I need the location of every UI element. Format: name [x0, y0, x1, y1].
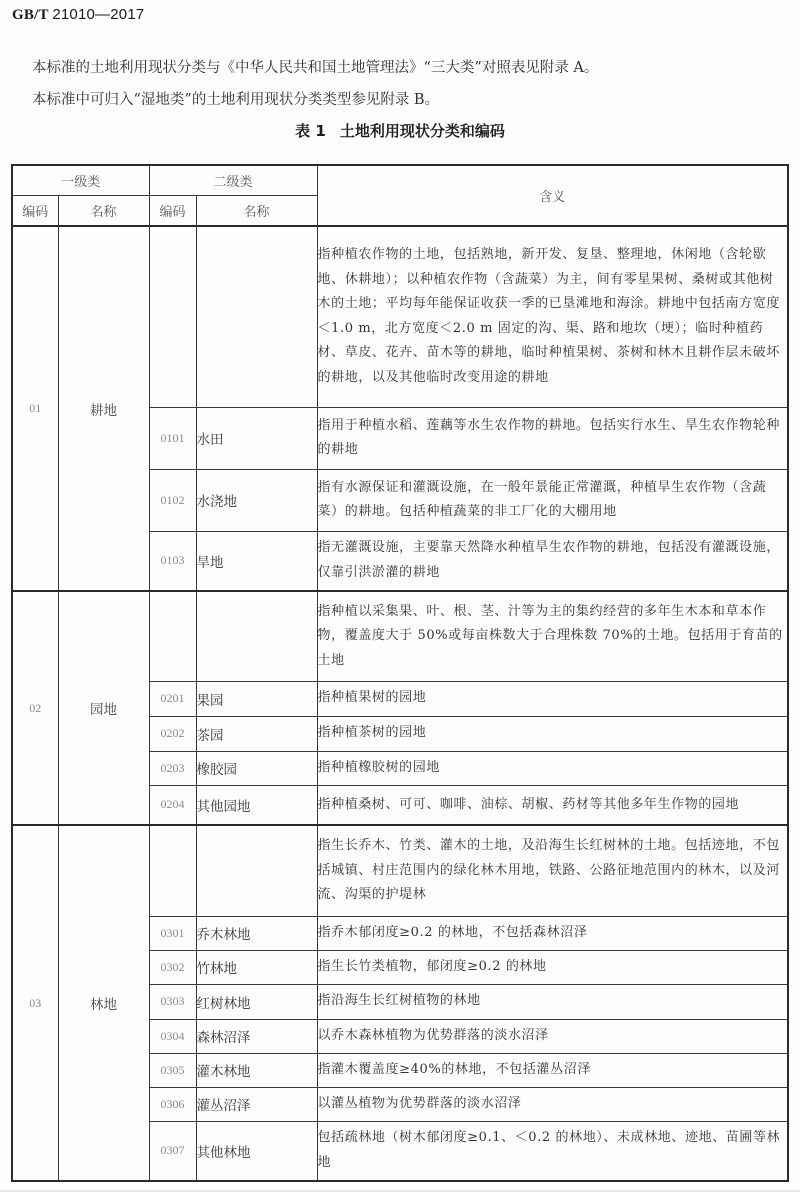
- l1-code: 02: [12, 591, 58, 825]
- l2-code-empty: [149, 591, 196, 681]
- l1-name: 园地: [58, 591, 149, 825]
- l2-name: 水田: [196, 407, 317, 469]
- l1-name: 林地: [58, 825, 149, 1181]
- table-row: 03 林地 指生长乔木、竹类、灌木的土地，及沿海生长红树林的土地。包括迹地，不包…: [12, 825, 788, 916]
- table-row: 01 耕地 指种植农作物的土地，包括熟地，新开发、复垦、整理地，休闲地（含轮歇地…: [12, 226, 788, 407]
- l2-code: 0302: [149, 950, 196, 984]
- l2-name: 乔木林地: [196, 916, 317, 950]
- header-level1-code: 编码: [12, 196, 58, 227]
- l2-description: 指种植茶树的园地: [317, 716, 788, 751]
- l2-description: 指种植果树的园地: [317, 681, 788, 716]
- table-caption: 表 1土地利用现状分类和编码: [0, 120, 800, 141]
- l2-code: 0304: [149, 1019, 196, 1053]
- l2-code: 0307: [149, 1121, 196, 1181]
- l2-code: 0301: [149, 916, 196, 950]
- l2-code: 0303: [149, 984, 196, 1019]
- l2-code: 0204: [149, 785, 196, 825]
- table-row: 02 园地 指种植以采集果、叶、根、茎、汁等为主的集约经营的多年生木本和草本作物…: [12, 591, 788, 681]
- l2-name: 橡胶园: [196, 751, 317, 785]
- paragraph-appendix-a: 本标准的土地利用现状分类与《中华人民共和国土地管理法》“三大类”对照表见附录 A…: [32, 56, 598, 77]
- l2-name: 竹林地: [196, 950, 317, 984]
- l2-description: 指灌木覆盖度≥40%的林地，不包括灌丛沼泽: [317, 1053, 788, 1087]
- header-level1-name: 名称: [58, 196, 149, 227]
- l2-name: 灌木林地: [196, 1053, 317, 1087]
- l2-name: 灌丛沼泽: [196, 1087, 317, 1121]
- table-label: 表 1: [295, 122, 326, 140]
- standard-id: GB/T 21010—2017: [12, 6, 144, 24]
- l2-description: 指无灌溉设施，主要靠天然降水种植旱生农作物的耕地，包括没有灌溉设施，仅靠引洪淤灌…: [317, 531, 788, 591]
- l2-description: 指乔木郁闭度≥0.2 的林地，不包括森林沼泽: [317, 916, 788, 950]
- l2-name-empty: [196, 226, 317, 407]
- l2-code: 0102: [149, 469, 196, 531]
- l2-code: 0203: [149, 751, 196, 785]
- l1-description: 指种植农作物的土地，包括熟地，新开发、复垦、整理地，休闲地（含轮歇地、休耕地）；…: [317, 226, 788, 407]
- l2-name-empty: [196, 825, 317, 916]
- header-meaning: 含义: [317, 165, 788, 226]
- l2-description: 指生长竹类植物，郁闭度≥0.2 的林地: [317, 950, 788, 984]
- header-level2-name: 名称: [196, 196, 317, 227]
- standard-prefix: GB/T: [12, 7, 48, 23]
- l2-code-empty: [149, 226, 196, 407]
- l2-description: 指种植桑树、可可、咖啡、油棕、胡椒、药材等其他多年生作物的园地: [317, 785, 788, 825]
- l2-code: 0202: [149, 716, 196, 751]
- l1-description: 指生长乔木、竹类、灌木的土地，及沿海生长红树林的土地。包括迹地，不包括城镇、村庄…: [317, 825, 788, 916]
- header-level2: 二级类: [149, 165, 317, 196]
- l2-code: 0305: [149, 1053, 196, 1087]
- l2-name: 森林沼泽: [196, 1019, 317, 1053]
- l2-name: 其他林地: [196, 1121, 317, 1181]
- header-row-1: 一级类 二级类 含义: [12, 165, 788, 196]
- standard-number: 21010—2017: [52, 6, 144, 23]
- l2-code: 0306: [149, 1087, 196, 1121]
- header-level2-code: 编码: [149, 196, 196, 227]
- l2-description: 以灌丛植物为优势群落的淡水沼泽: [317, 1087, 788, 1121]
- l2-name: 红树林地: [196, 984, 317, 1019]
- l2-code: 0101: [149, 407, 196, 469]
- table-title: 土地利用现状分类和编码: [340, 122, 505, 140]
- l2-description: 指沿海生长红树植物的林地: [317, 984, 788, 1019]
- paragraph-appendix-b: 本标准中可归入“湿地类”的土地利用现状分类类型参见附录 B。: [32, 88, 439, 109]
- l2-name: 其他园地: [196, 785, 317, 825]
- l2-description: 指种植橡胶树的园地: [317, 751, 788, 785]
- l2-description: 包括疏林地（树木郁闭度≥0.1、＜0.2 的林地）、未成林地、迹地、苗圃等林地: [317, 1121, 788, 1181]
- l1-code: 01: [12, 226, 58, 591]
- l2-name-empty: [196, 591, 317, 681]
- l2-name: 旱地: [196, 531, 317, 591]
- l1-description: 指种植以采集果、叶、根、茎、汁等为主的集约经营的多年生木本和草本作物，覆盖度大于…: [317, 591, 788, 681]
- header-level1: 一级类: [12, 165, 149, 196]
- l2-code: 0103: [149, 531, 196, 591]
- l2-name: 果园: [196, 681, 317, 716]
- l1-name: 耕地: [58, 226, 149, 591]
- l2-name: 水浇地: [196, 469, 317, 531]
- l2-description: 指用于种植水稻、莲藕等水生农作物的耕地。包括实行水生、旱生农作物轮种的耕地: [317, 407, 788, 469]
- l2-name: 茶园: [196, 716, 317, 751]
- l2-description: 以乔木森林植物为优势群落的淡水沼泽: [317, 1019, 788, 1053]
- l2-code: 0201: [149, 681, 196, 716]
- l2-code-empty: [149, 825, 196, 916]
- l1-code: 03: [12, 825, 58, 1181]
- land-use-classification-table: 一级类 二级类 含义 编码 名称 编码 名称 01 耕地 指种植农作物的土地，包…: [11, 164, 789, 1182]
- l2-description: 指有水源保证和灌溉设施，在一般年景能正常灌溉，种植旱生农作物（含蔬菜）的耕地。包…: [317, 469, 788, 531]
